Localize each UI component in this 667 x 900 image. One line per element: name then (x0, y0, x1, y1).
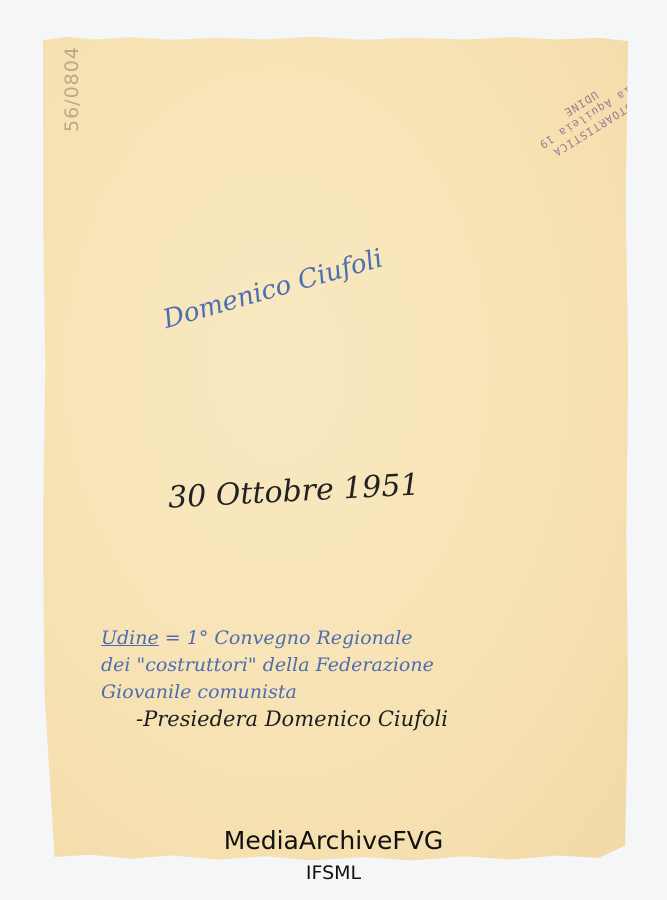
caption-place: Udine (101, 627, 159, 649)
handwritten-caption: Udine = 1° Convegno Regionale dei "costr… (101, 625, 601, 733)
caption-line-1: Udine = 1° Convegno Regionale (101, 625, 601, 652)
archive-id-note: 56/0804 (61, 46, 83, 132)
stamp-line: Via Aquileia 19 (525, 72, 651, 158)
caption-line-2: dei "costruttori" della Federazione (101, 652, 601, 679)
caption-line-3: Giovanile comunista (101, 679, 601, 706)
handwritten-name: Domenico Ciufoli (160, 244, 386, 335)
watermark-subtitle: IFSML (0, 862, 667, 884)
photographer-stamp: FOTOARTISTICA Via Aquileia 19 UDINE (497, 28, 658, 170)
caption-line-1-text: = 1° Convegno Regionale (165, 627, 413, 649)
watermark-title: MediaArchiveFVG (0, 826, 667, 855)
photo-back-card: 56/0804 FOTOARTISTICA Via Aquileia 19 UD… (43, 37, 628, 862)
handwritten-date: 30 Ottobre 1951 (167, 467, 420, 515)
caption-line-4: -Presiedera Domenico Ciufoli (101, 706, 601, 733)
